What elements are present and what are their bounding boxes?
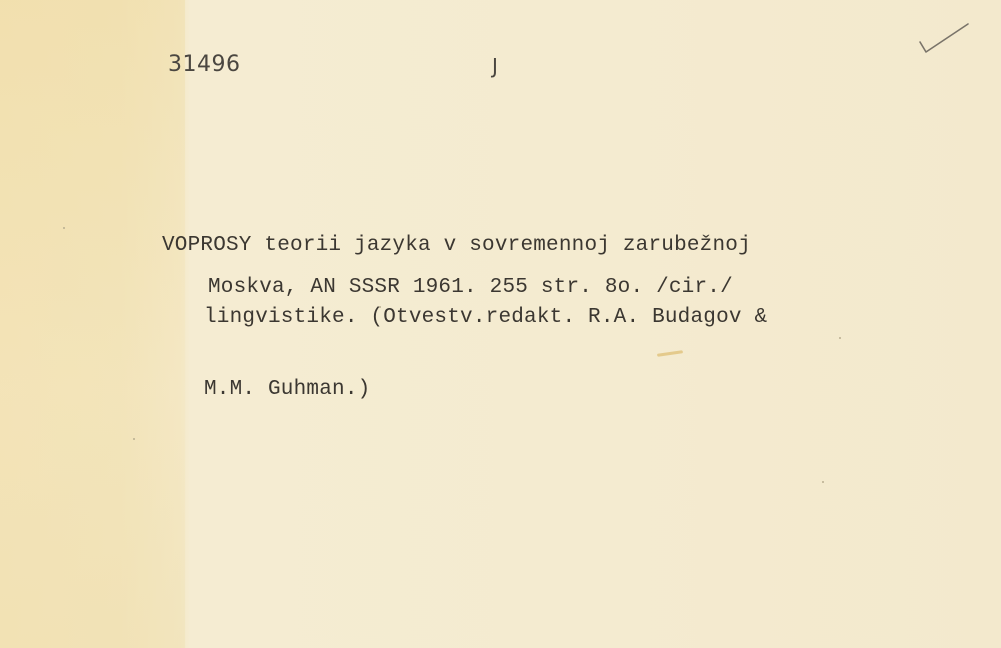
checkmark-icon <box>918 22 970 56</box>
paper-speck <box>63 227 65 229</box>
paper-speck <box>379 306 381 308</box>
paper-speck <box>822 481 824 483</box>
title-continuation-line: lingvistike. (Otvestv.redakt. R.A. Budag… <box>162 306 767 330</box>
imprint-line: Moskva, AN SSSR 1961. 255 str. 8o. /cir.… <box>208 276 733 299</box>
catalog-card: 31496 J VOPROSY teorii jazyka v sovremen… <box>0 0 1001 648</box>
bibliographic-entry: VOPROSY teorii jazyka v sovremennoj zaru… <box>162 186 767 450</box>
editors-line: M.M. Guhman.) <box>162 378 767 402</box>
call-number: 31496 <box>168 52 241 77</box>
title-line: VOPROSY teorii jazyka v sovremennoj zaru… <box>162 234 767 258</box>
paper-speck <box>133 438 135 440</box>
classification-letter: J <box>492 54 498 78</box>
paper-speck <box>839 337 841 339</box>
